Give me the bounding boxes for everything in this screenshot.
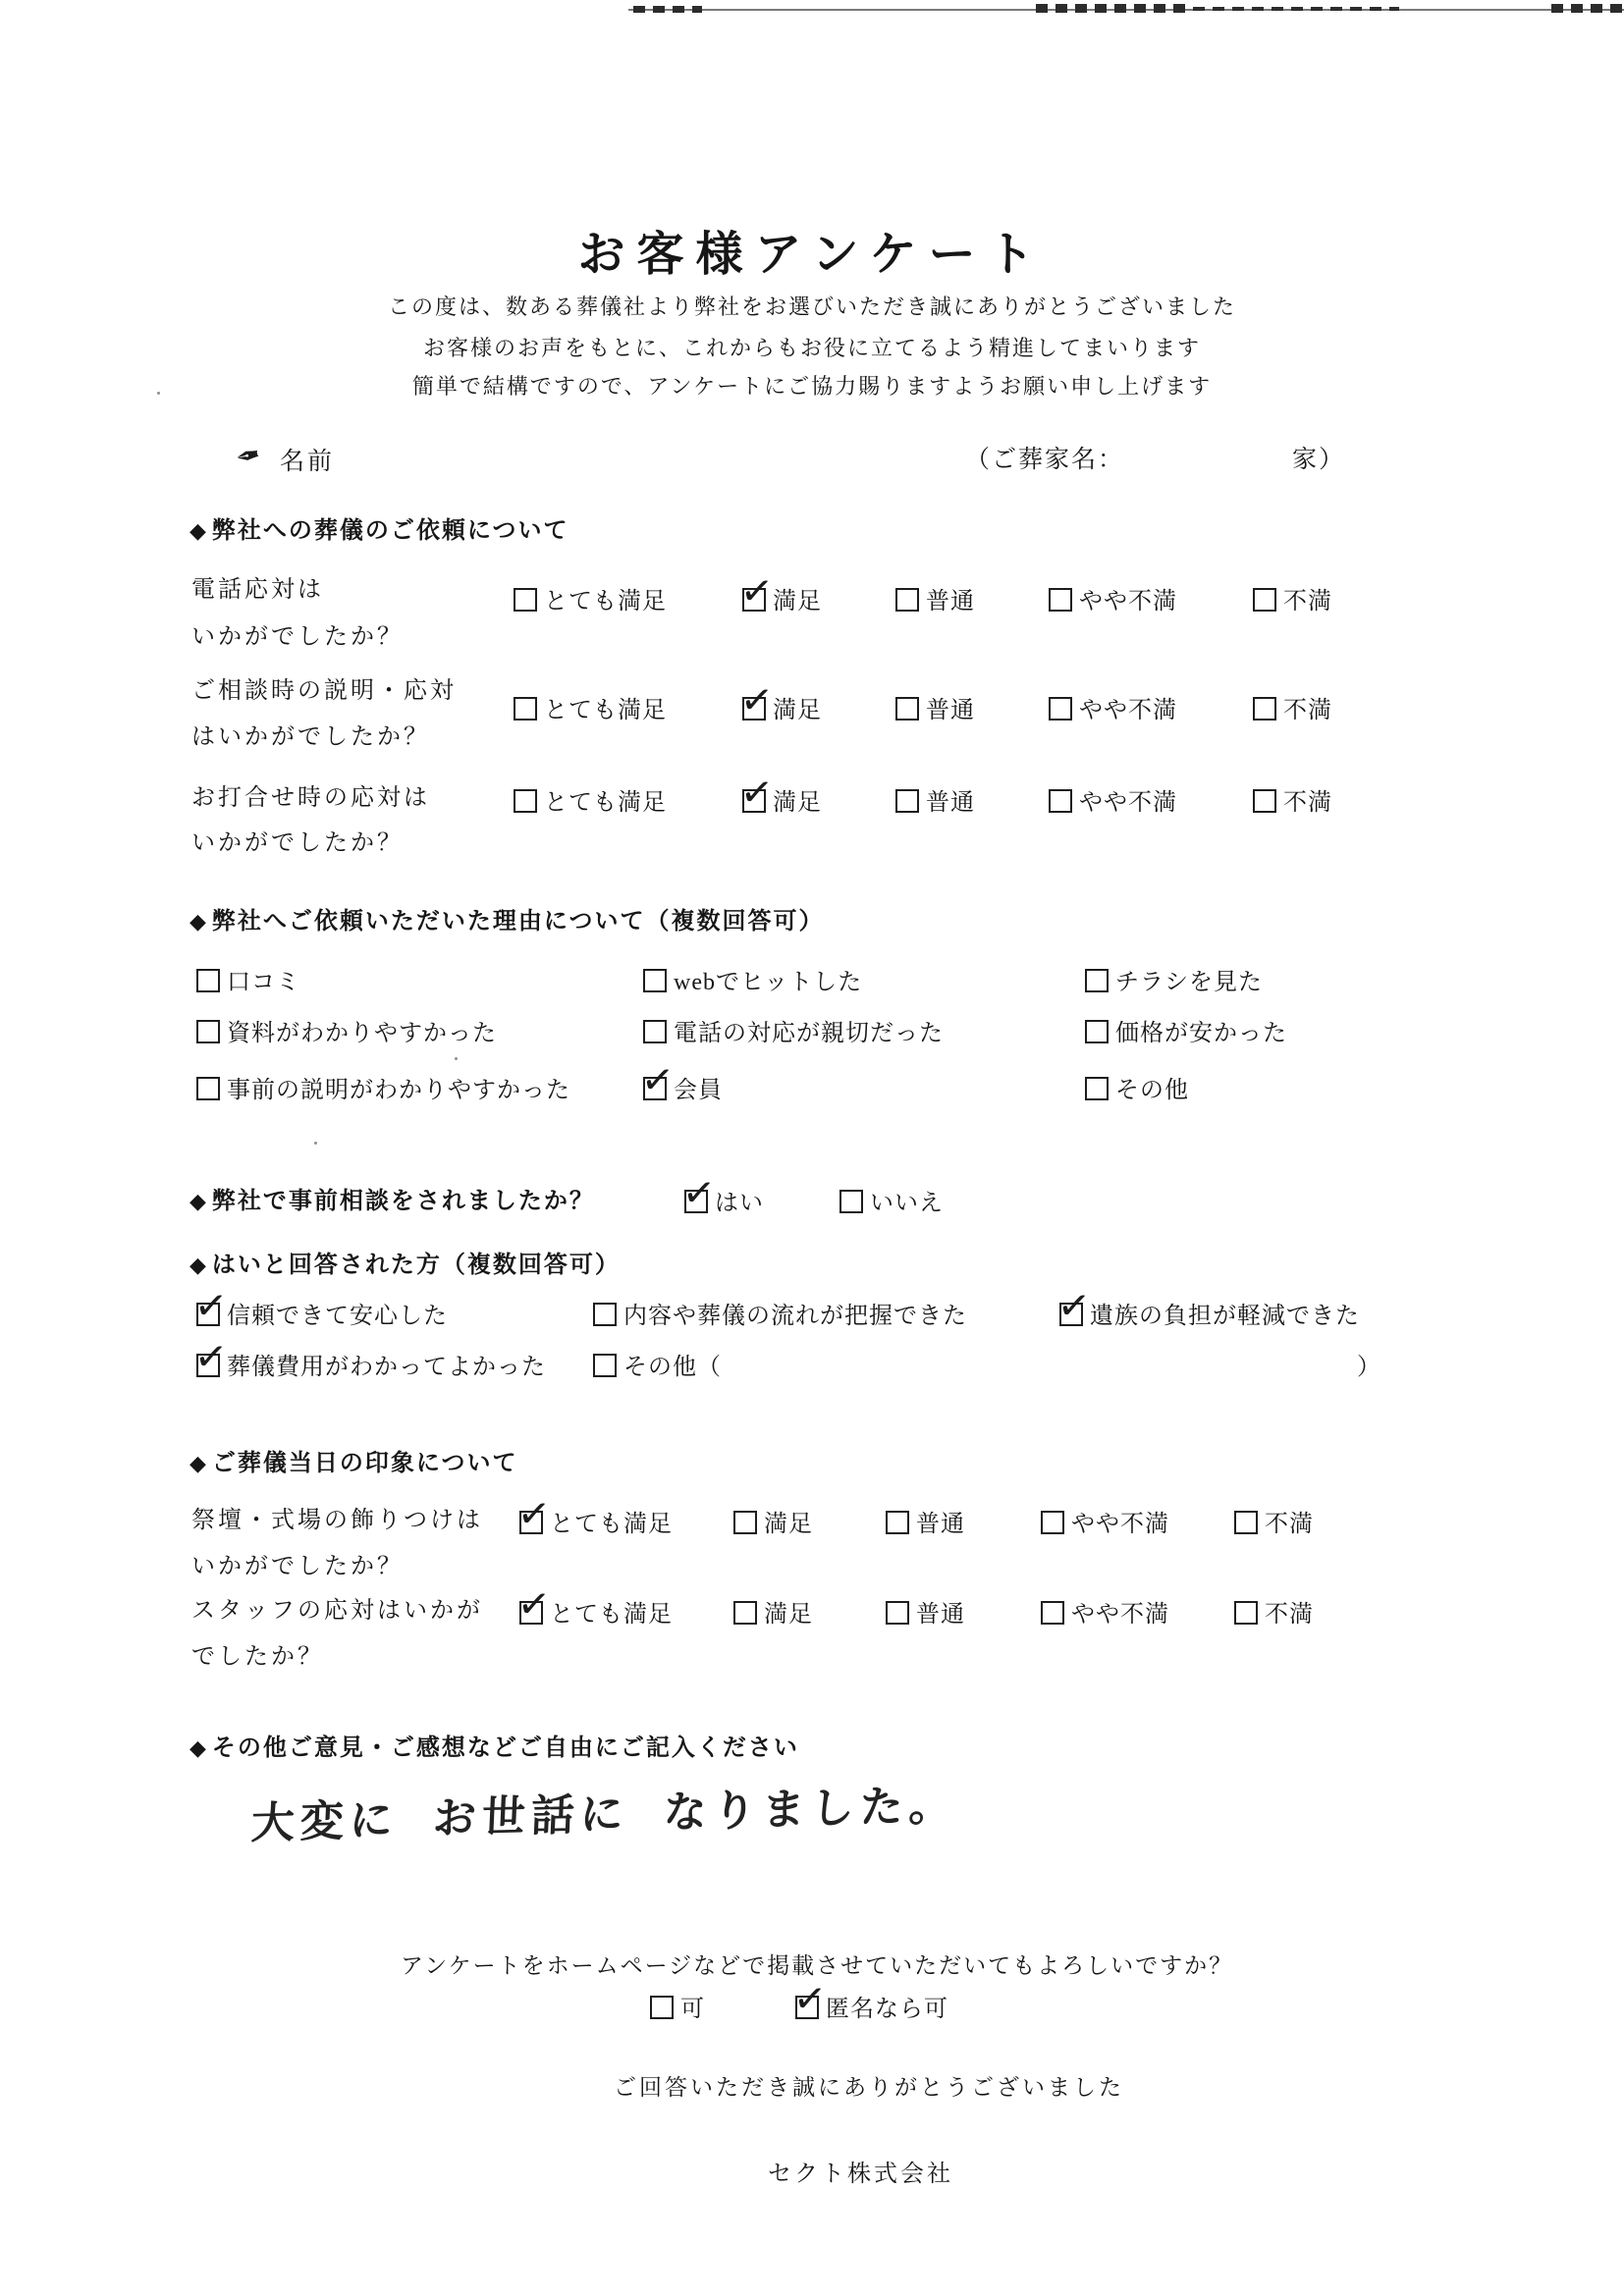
diamond-bullet-icon: ◆ [189,1451,208,1475]
checkbox-option: ✓webでヒットした [643,962,862,996]
checkbox-option: ✓資料がわかりやすかった [196,1013,497,1047]
section-header-yes-followup: ◆はいと回答された方（複数回答可） [189,1245,621,1279]
checkbox: ✓ [1049,697,1072,721]
checkbox: ✓ [196,1077,220,1100]
checkbox: ✓ [886,1511,909,1534]
checkbox: ✓ [514,789,537,813]
intro-line: お客様のお声をもとに、これからもお役に立てるよう精進してまいります [15,332,1609,362]
check-mark-icon: ✓ [738,570,782,614]
checkbox-option: ✓普通 [895,690,975,724]
checkbox-option: ✓満足 [733,1594,813,1629]
checkbox: ✓ [1253,789,1276,813]
section-header-comment: ◆その他ご意見・ご感想などご自由にご記入ください [189,1728,799,1762]
checkbox: ✓ [742,789,766,813]
checkbox-option: ✓価格が安かった [1085,1013,1287,1047]
checkbox: ✓ [643,1077,667,1100]
question-label: はいかがでしたか？ [191,717,430,751]
checkbox-option: ✓不満 [1234,1594,1314,1629]
other-close-paren: ） [1357,1347,1380,1381]
checkbox: ✓ [643,969,667,992]
checkbox-option: ✓遺族の負担が軽減できた [1059,1296,1360,1330]
intro-line: この度は、数ある葬儀社より弊社をお選びいただき誠にありがとうございました [15,291,1609,321]
checkbox-option: ✓不満 [1234,1504,1314,1538]
question-label: いかがでしたか？ [191,823,404,857]
family-name-prefix: （ご葬家名： [965,440,1124,475]
check-mark-icon: ✓ [738,679,782,722]
checkbox-option: ✓匿名なら可 [795,1989,948,2023]
question-label: 電話応対は [191,569,324,604]
checkbox: ✓ [1085,1077,1109,1100]
scan-artifact-dashes [633,6,702,13]
checkbox-option: ✓チラシを見た [1085,962,1263,996]
check-mark-icon: ✓ [515,1493,559,1536]
check-mark-icon: ✓ [738,772,782,815]
checkbox: ✓ [643,1020,667,1043]
checkbox-option: ✓満足 [742,690,822,724]
checkbox-option: ✓満足 [742,782,822,817]
checkbox-option: ✓その他（ [593,1347,722,1381]
publish-question: アンケートをホームページなどで掲載させていただいてもよろしいですか？ [401,1948,1233,1980]
question-label: ご相談時の説明・応対 [191,670,457,705]
checkbox-option: ✓満足 [733,1504,813,1538]
checkbox: ✓ [895,588,919,612]
checkbox-option: ✓やや不満 [1049,690,1177,724]
checkbox: ✓ [196,1354,220,1377]
checkbox-option: ✓とても満足 [519,1504,673,1538]
checkbox: ✓ [895,789,919,813]
diamond-bullet-icon: ◆ [189,1253,208,1277]
checkbox-option: ✓普通 [886,1504,965,1538]
scan-speck [455,1057,458,1060]
scan-artifact-dashes [1551,4,1624,13]
scan-speck [314,1142,317,1145]
page-title: お客様アンケート [15,216,1609,284]
checkbox: ✓ [519,1511,543,1534]
checkbox-option: ✓信頼できて安心した [196,1296,448,1330]
checkbox: ✓ [733,1511,757,1534]
check-mark-icon: ✓ [515,1583,559,1627]
checkbox: ✓ [514,697,537,721]
pen-icon: ✒ [233,438,264,476]
checkbox: ✓ [1234,1601,1258,1625]
checkbox: ✓ [1041,1601,1064,1625]
name-label: 名前 [280,442,335,477]
section-header-preconsult: ◆弊社で事前相談をされましたか？ [189,1181,595,1215]
checkbox-option: ✓葬儀費用がわかってよかった [196,1347,546,1381]
checkbox-option: ✓普通 [895,581,975,615]
check-mark-icon: ✓ [680,1172,724,1215]
checkbox: ✓ [1253,697,1276,721]
checkbox-option: ✓普通 [895,782,975,817]
checkbox: ✓ [1085,1020,1109,1043]
checkbox-option: ✓はい [684,1183,764,1217]
scan-artifact-dashes [1036,4,1188,13]
checkbox: ✓ [742,697,766,721]
section-header-request: ◆弊社への葬儀のご依頼について [189,510,568,545]
check-mark-icon: ✓ [791,1978,835,2021]
diamond-bullet-icon: ◆ [189,518,208,543]
footer-company-name: セクト株式会社 [768,2154,953,2188]
checkbox: ✓ [1085,969,1109,992]
checkbox-option: ✓可 [650,1989,705,2023]
checkbox-option: ✓不満 [1253,690,1332,724]
checkbox-option: ✓内容や葬儀の流れが把握できた [593,1296,967,1330]
checkbox: ✓ [1234,1511,1258,1534]
checkbox: ✓ [196,1303,220,1326]
family-name-suffix: 家） [1292,440,1345,475]
checkbox-option: ✓とても満足 [519,1594,673,1629]
checkbox: ✓ [593,1303,617,1326]
checkbox-option: ✓満足 [742,581,822,615]
section-header-dayof: ◆ご葬儀当日の印象について [189,1443,517,1477]
checkbox-option: ✓やや不満 [1041,1594,1169,1629]
diamond-bullet-icon: ◆ [189,909,208,934]
checkbox: ✓ [795,1996,819,2019]
checkbox: ✓ [684,1190,708,1213]
checkbox-option: ✓不満 [1253,782,1332,817]
footer-thanks: ご回答いただき誠にありがとうございました [614,2069,1124,2102]
check-mark-icon: ✓ [639,1059,682,1102]
checkbox-option: ✓電話の対応が親切だった [643,1013,944,1047]
checkbox: ✓ [1049,789,1072,813]
question-label: いかがでしたか？ [191,1546,404,1580]
checkbox: ✓ [196,969,220,992]
diamond-bullet-icon: ◆ [189,1735,208,1760]
question-label: 祭壇・式場の飾りつけは [191,1500,483,1534]
check-mark-icon: ✓ [192,1285,236,1328]
checkbox: ✓ [895,697,919,721]
checkbox-option: ✓いいえ [839,1183,944,1217]
checkbox-option: ✓事前の説明がわかりやすかった [196,1070,570,1104]
survey-page: お客様アンケート この度は、数ある葬儀社より弊社をお選びいただき誠にありがとうご… [0,0,1624,2296]
checkbox: ✓ [1253,588,1276,612]
check-mark-icon: ✓ [1056,1285,1099,1328]
checkbox-option: ✓やや不満 [1049,581,1177,615]
checkbox: ✓ [514,588,537,612]
intro-line: 簡単で結構ですので、アンケートにご協力賜りますようお願い申し上げます [15,370,1609,400]
checkbox-option: ✓その他 [1085,1070,1189,1104]
checkbox-option: ✓不満 [1253,581,1332,615]
handwritten-comment: 大変に お世話に なりました。 [250,1770,960,1851]
checkbox: ✓ [839,1190,863,1213]
checkbox: ✓ [886,1601,909,1625]
question-label: スタッフの応対はいかが [191,1590,483,1625]
scan-artifact-dashes [1193,7,1399,11]
checkbox-option: ✓口コミ [196,962,300,996]
checkbox: ✓ [1059,1303,1083,1326]
checkbox-option: ✓普通 [886,1594,965,1629]
checkbox-option: ✓とても満足 [514,581,667,615]
checkbox-option: ✓やや不満 [1041,1504,1169,1538]
checkbox: ✓ [1049,588,1072,612]
checkbox-option: ✓やや不満 [1049,782,1177,817]
checkbox: ✓ [733,1601,757,1625]
checkbox: ✓ [593,1354,617,1377]
question-label: お打合せ時の応対は [191,777,430,812]
checkbox-option: ✓とても満足 [514,690,667,724]
question-label: いかがでしたか？ [191,616,404,651]
section-header-reasons: ◆弊社へご依頼いただいた理由について（複数回答可） [189,901,824,935]
question-label: でしたか？ [191,1636,324,1671]
checkbox: ✓ [650,1996,674,2019]
checkbox-option: ✓会員 [643,1070,723,1104]
checkbox: ✓ [196,1020,220,1043]
diamond-bullet-icon: ◆ [189,1189,208,1213]
checkbox: ✓ [1041,1511,1064,1534]
checkbox-option: ✓とても満足 [514,782,667,817]
checkbox: ✓ [519,1601,543,1625]
check-mark-icon: ✓ [192,1336,236,1379]
checkbox: ✓ [742,588,766,612]
